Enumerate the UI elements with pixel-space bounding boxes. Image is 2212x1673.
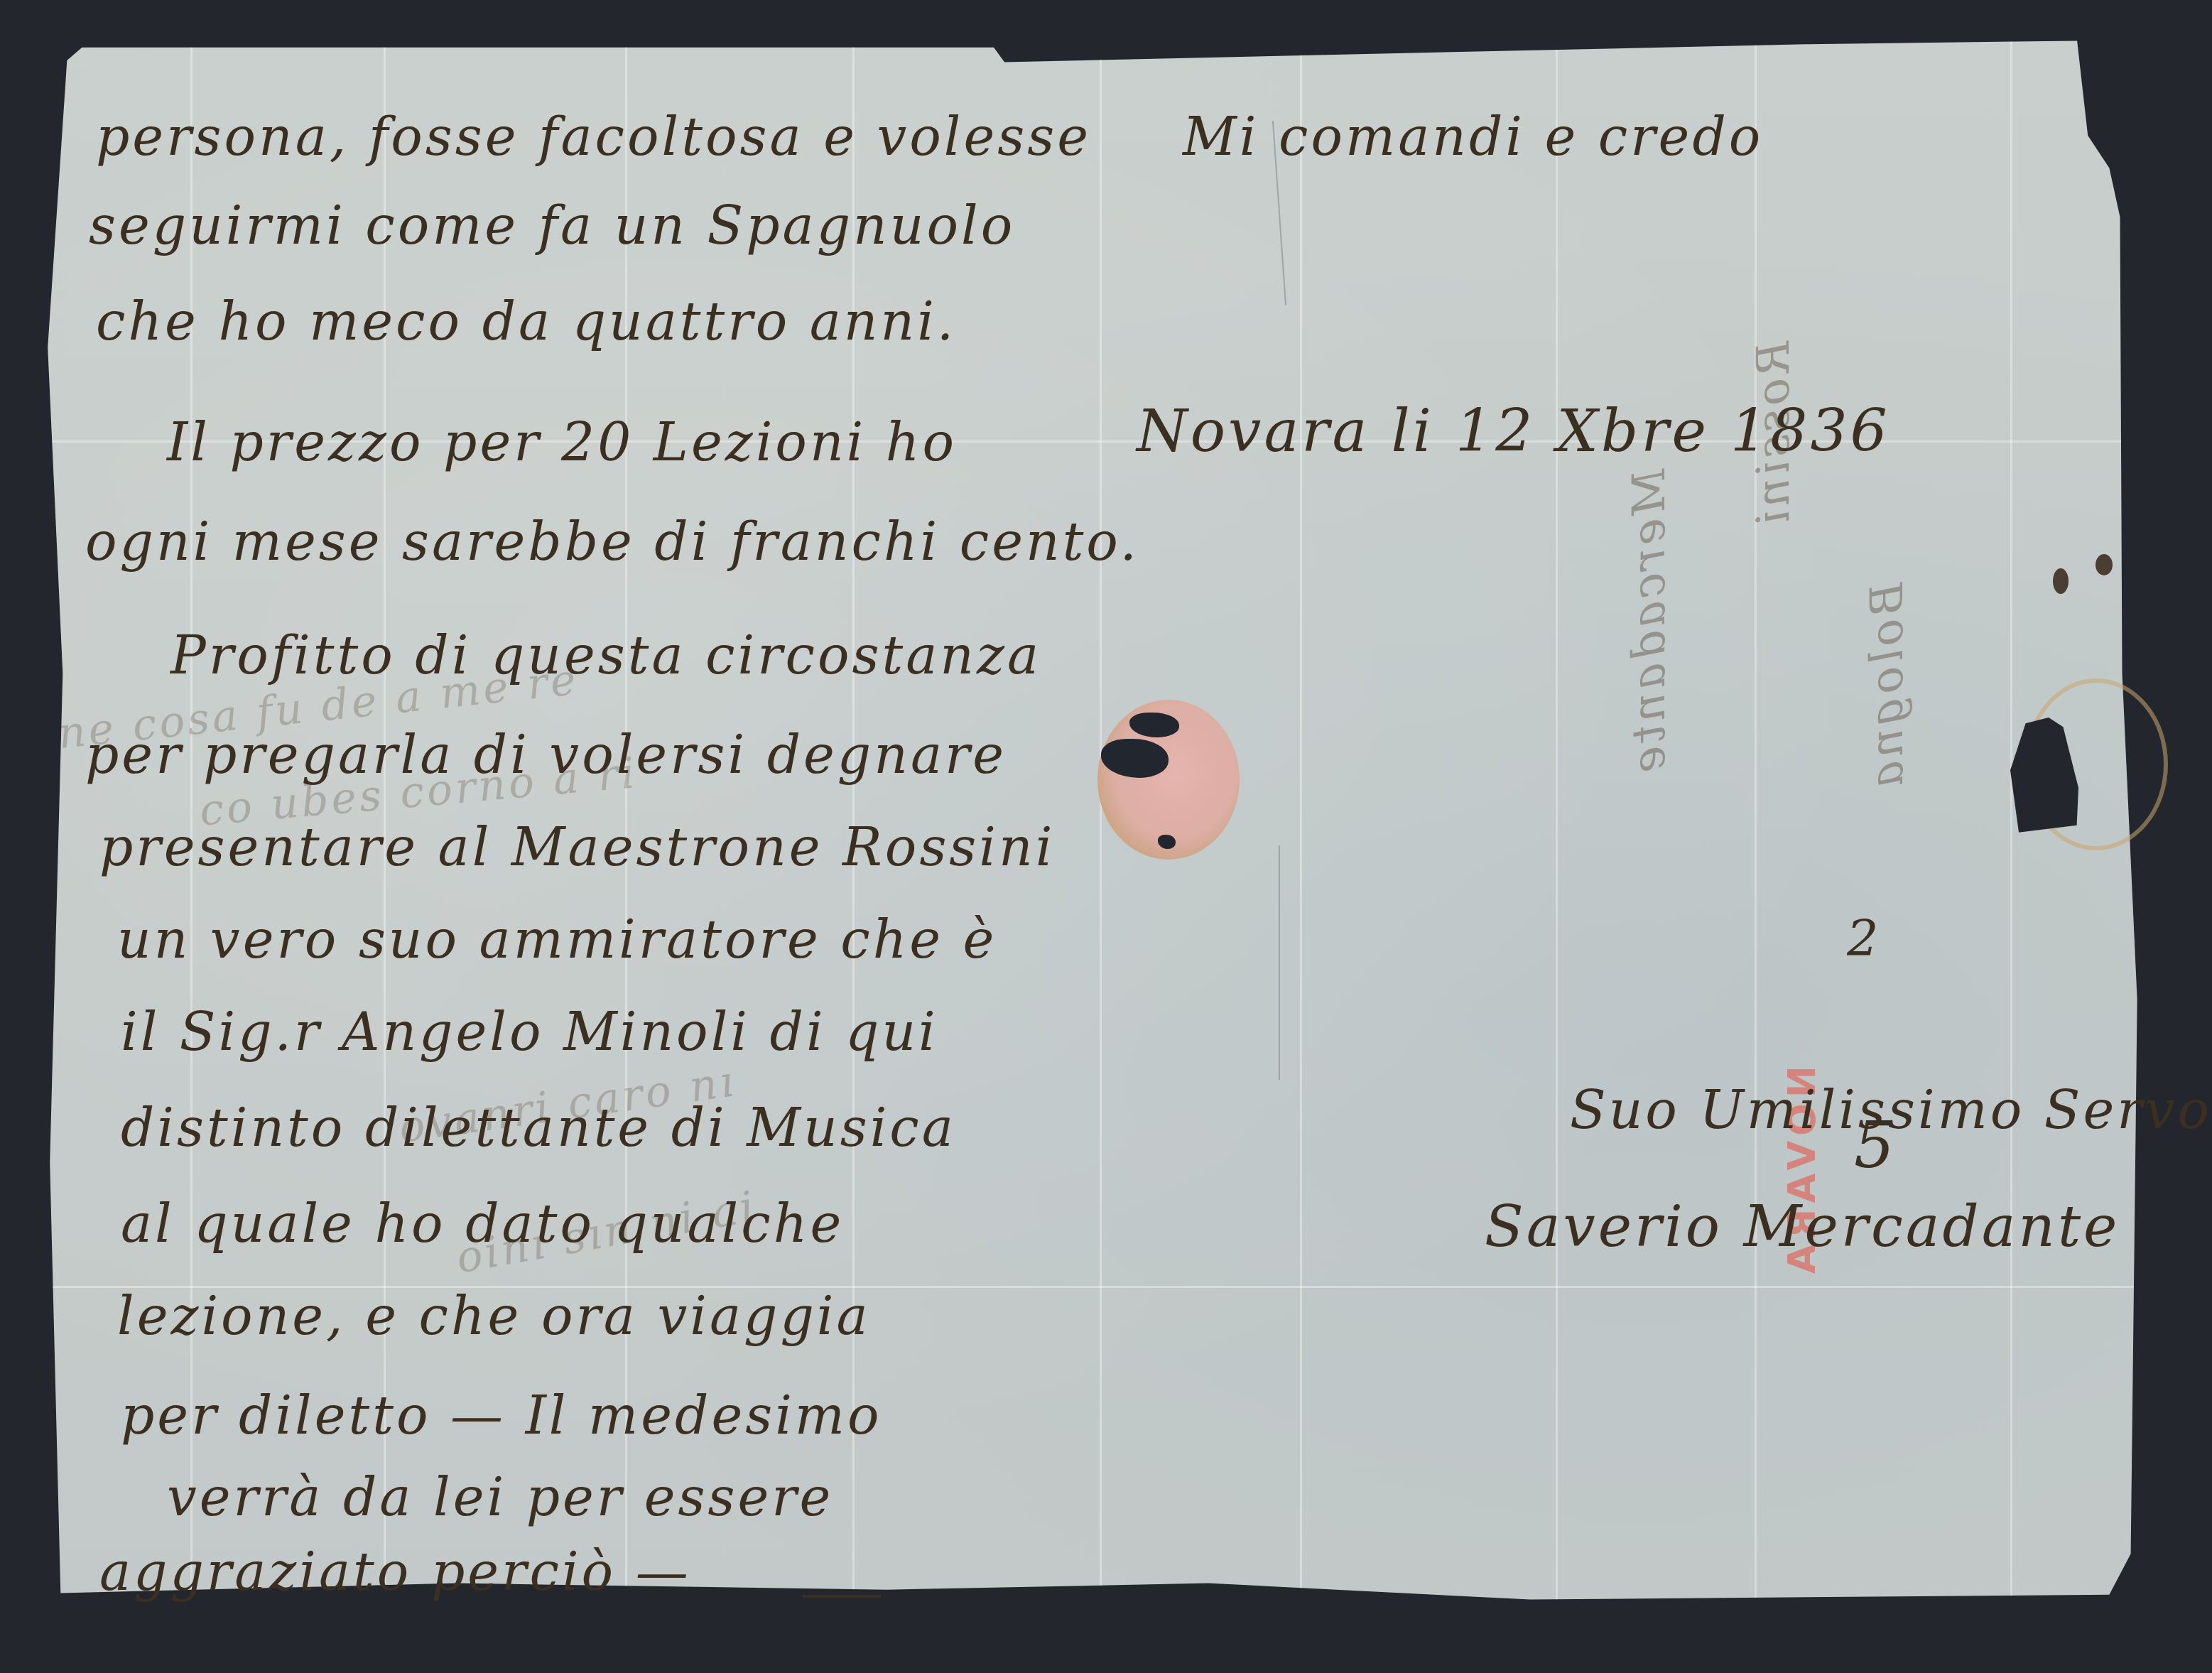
letter-line: un vero suo ammiratore che è — [117, 909, 997, 970]
signature: Saverio Mercadante — [1485, 1193, 2120, 1260]
letter-line: per diletto — Il medesimo — [121, 1385, 882, 1446]
ink-blot — [2053, 568, 2069, 594]
letter-line: Profitto di questa circostanza — [170, 625, 1041, 686]
margin-mark: 5 — [1854, 1108, 1897, 1183]
ink-blot — [2096, 554, 2113, 575]
bleed-through-address: Bologna — [1861, 583, 1914, 791]
bleed-through-address: Mercadante — [1623, 469, 1676, 776]
wax-seal — [1097, 700, 1240, 860]
paper-crease — [1279, 845, 1280, 1080]
letter-line: che ho meco da quattro anni. — [96, 291, 956, 352]
fold-line — [1300, 21, 1302, 1652]
letter-line: aggraziato perciò — — [99, 1542, 691, 1603]
letter-line: distinto dilettante di Musica — [121, 1098, 956, 1159]
margin-mark: 2 — [1847, 909, 1882, 968]
fold-line — [2010, 21, 2012, 1652]
letter-line: Il prezzo per 20 Lezioni ho — [167, 412, 957, 473]
seal-loss — [1158, 835, 1176, 849]
seal-loss — [1129, 713, 1179, 737]
place-date: Novara li 12 Xbre 1836 — [1137, 398, 1890, 465]
letter-line: ogni mese sarebbe di franchi cento. — [85, 511, 1139, 573]
fold-line — [1100, 21, 1102, 1652]
closing-line: Mi comandi e credo — [1183, 107, 1763, 168]
fold-line — [1755, 21, 1757, 1652]
fold-line — [1556, 21, 1558, 1652]
letter-line: al quale ho dato qualche — [121, 1193, 844, 1255]
letter-line: verrà da lei per essere — [167, 1467, 833, 1528]
letter-line: presentare al Maestrone Rossini — [99, 817, 1055, 878]
letter-line: il Sig.r Angelo Minoli di qui — [121, 1002, 938, 1063]
letter-line: persona, fosse facoltosa e volesse — [96, 107, 1091, 168]
letter-line: per pregarla di volersi degnare — [85, 725, 1007, 786]
letter-line: lezione, e che ora viaggia — [117, 1286, 871, 1347]
closing-dash — [803, 1595, 881, 1598]
letter-line: seguirmi come fa un Spagnuolo — [89, 195, 1015, 256]
seal-loss — [1101, 739, 1169, 778]
